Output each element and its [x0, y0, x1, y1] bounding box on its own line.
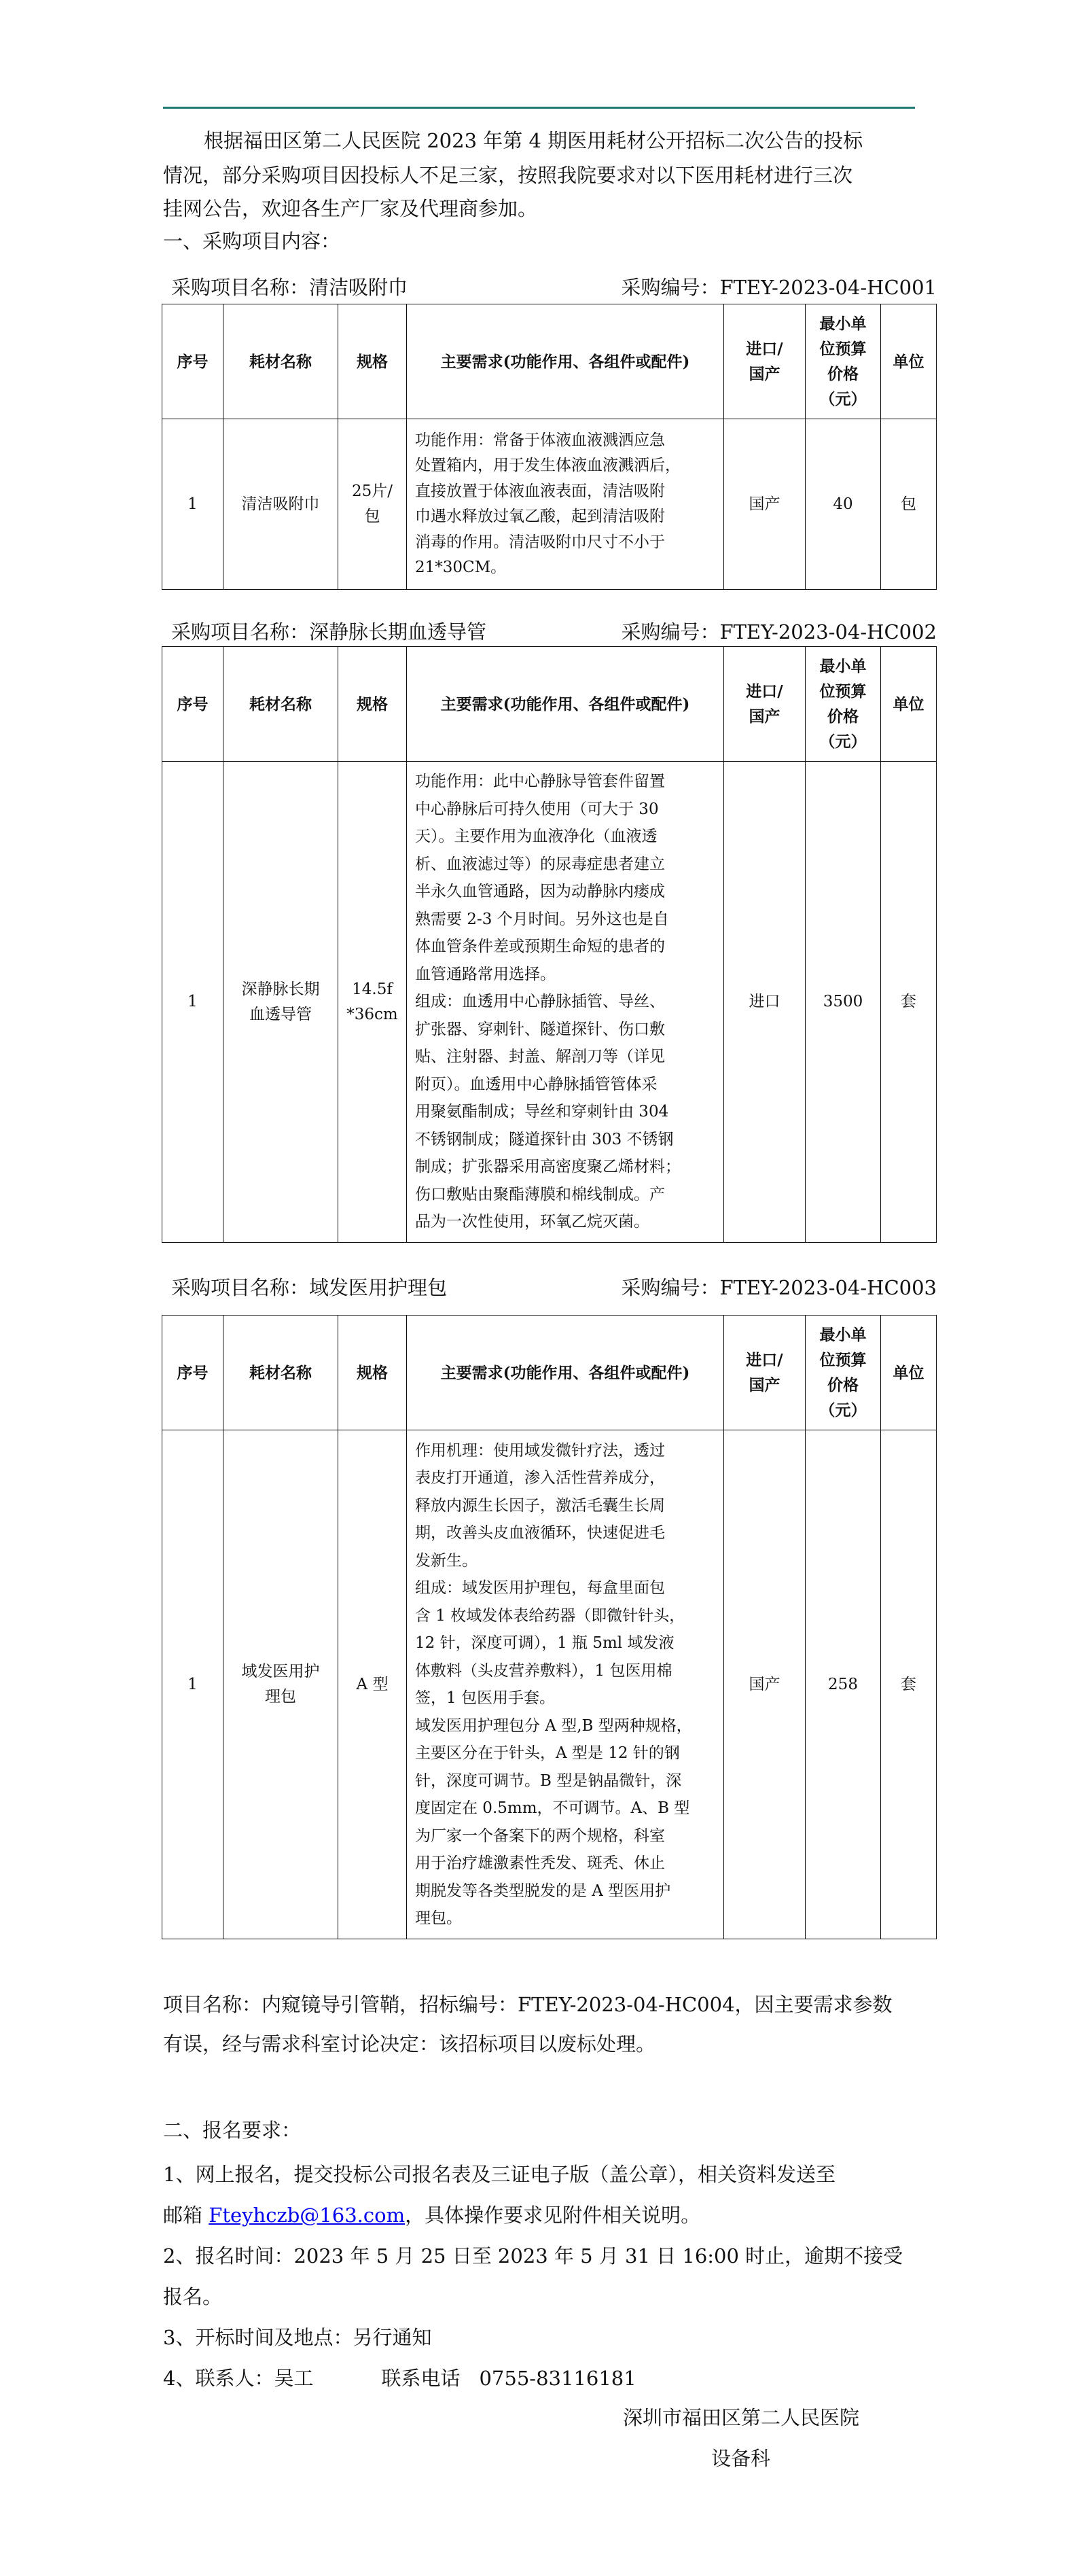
cell-spec: A 型: [338, 1430, 407, 1939]
intro-line-2: 情况，部分采购项目因投标人不足三家，按照我院要求对以下医用耗材进行三次: [163, 163, 852, 188]
table-row: 1 深静脉长期 血透导管 14.5f *36cm 功能作用：此中心静脉导管套件留…: [162, 762, 937, 1243]
header-requirement: 主要需求(功能作用、各组件或配件): [407, 647, 724, 762]
header-seq: 序号: [162, 647, 223, 762]
signature-org: 深圳市福田区第二人民医院: [623, 2405, 859, 2430]
table-row: 1 清洁吸附巾 25片/ 包 功能作用：常备于体液血液溅洒应急 处置箱内，用于发…: [162, 419, 937, 590]
registration-item-2-line-1: 2、报名时间：2023 年 5 月 25 日至 2023 年 5 月 31 日 …: [163, 2244, 903, 2268]
header-requirement: 主要需求(功能作用、各组件或配件): [407, 1316, 724, 1430]
header-unit: 单位: [881, 647, 937, 762]
header-rule: [163, 107, 915, 109]
cell-unit: 包: [881, 419, 937, 590]
project-2-table: 序号 耗材名称 规格 主要需求(功能作用、各组件或配件) 进口/ 国产 最小单 …: [162, 646, 937, 1243]
contact-person: 4、联系人：吴工: [163, 2367, 313, 2390]
header-spec: 规格: [338, 304, 407, 419]
project-2-title: 采购项目名称：深静脉长期血透导管: [171, 620, 486, 644]
section1-heading: 一、采购项目内容：: [163, 229, 340, 253]
cell-unit: 套: [881, 1430, 937, 1939]
registration-item-1-line-1: 1、网上报名，提交投标公司报名表及三证电子版（盖公章），相关资料发送至: [163, 2162, 836, 2187]
header-name: 耗材名称: [223, 304, 338, 419]
cell-price: 3500: [806, 762, 881, 1243]
registration-item-3: 3、开标时间及地点：另行通知: [163, 2325, 431, 2350]
registration-item-4: 4、联系人：吴工联系电话0755-83116181: [163, 2366, 636, 2390]
cell-origin: 国产: [724, 419, 806, 590]
cell-price: 258: [806, 1430, 881, 1939]
header-name: 耗材名称: [223, 1316, 338, 1430]
cell-origin: 国产: [724, 1430, 806, 1939]
header-name: 耗材名称: [223, 647, 338, 762]
header-spec: 规格: [338, 647, 407, 762]
header-price: 最小单 位预算 价格 （元）: [806, 1316, 881, 1430]
cell-seq: 1: [162, 762, 223, 1243]
header-spec: 规格: [338, 1316, 407, 1430]
cell-name: 清洁吸附巾: [223, 419, 338, 590]
cancellation-line-1: 项目名称：内窥镜导引管鞘，招标编号：FTEY-2023-04-HC004，因主要…: [163, 1992, 893, 2017]
email-prefix: 邮箱: [163, 2204, 209, 2227]
cell-requirement: 作用机理：使用域发微针疗法，透过 表皮打开通道，渗入活性营养成分， 释放内源生长…: [407, 1430, 724, 1939]
cell-spec: 25片/ 包: [338, 419, 407, 590]
section2-heading: 二、报名要求：: [163, 2118, 301, 2142]
header-seq: 序号: [162, 304, 223, 419]
project-1-title: 采购项目名称：清洁吸附巾: [171, 275, 408, 300]
project-3-code: 采购编号：FTEY-2023-04-HC003: [621, 1275, 937, 1300]
cell-origin: 进口: [724, 762, 806, 1243]
header-origin: 进口/ 国产: [724, 1316, 806, 1430]
cell-requirement: 功能作用：常备于体液血液溅洒应急 处置箱内，用于发生体液血液溅洒后， 直接放置于…: [407, 419, 724, 590]
project-3-title: 采购项目名称：域发医用护理包: [171, 1275, 447, 1300]
header-seq: 序号: [162, 1316, 223, 1430]
phone-number: 0755-83116181: [479, 2367, 636, 2390]
cell-unit: 套: [881, 762, 937, 1243]
header-price: 最小单 位预算 价格 （元）: [806, 647, 881, 762]
cell-name: 域发医用护 理包: [223, 1430, 338, 1939]
signature-dept: 设备科: [711, 2446, 770, 2471]
cell-spec: 14.5f *36cm: [338, 762, 407, 1243]
document-page: 根据福田区第二人民医院 2023 年第 4 期医用耗材公开招标二次公告的投标 情…: [0, 0, 1078, 2576]
project-1-table: 序号 耗材名称 规格 主要需求(功能作用、各组件或配件) 进口/ 国产 最小单 …: [162, 304, 937, 590]
header-unit: 单位: [881, 304, 937, 419]
header-price: 最小单 位预算 价格 （元）: [806, 304, 881, 419]
email-link[interactable]: Fteyhczb@163.com: [209, 2204, 405, 2227]
cell-name: 深静脉长期 血透导管: [223, 762, 338, 1243]
table-header-row: 序号 耗材名称 规格 主要需求(功能作用、各组件或配件) 进口/ 国产 最小单 …: [162, 304, 937, 419]
project-3-table: 序号 耗材名称 规格 主要需求(功能作用、各组件或配件) 进口/ 国产 最小单 …: [162, 1315, 937, 1939]
cell-seq: 1: [162, 419, 223, 590]
cell-seq: 1: [162, 1430, 223, 1939]
table-row: 1 域发医用护 理包 A 型 作用机理：使用域发微针疗法，透过 表皮打开通道，渗…: [162, 1430, 937, 1939]
project-2-code: 采购编号：FTEY-2023-04-HC002: [621, 620, 937, 644]
intro-line-3: 挂网公告，欢迎各生产厂家及代理商参加。: [163, 196, 537, 221]
registration-item-1-line-2: 邮箱 Fteyhczb@163.com，具体操作要求见附件相关说明。: [163, 2203, 700, 2227]
email-suffix: ，具体操作要求见附件相关说明。: [405, 2204, 700, 2227]
table-header-row: 序号 耗材名称 规格 主要需求(功能作用、各组件或配件) 进口/ 国产 最小单 …: [162, 647, 937, 762]
project-1-code: 采购编号：FTEY-2023-04-HC001: [621, 275, 937, 300]
table-header-row: 序号 耗材名称 规格 主要需求(功能作用、各组件或配件) 进口/ 国产 最小单 …: [162, 1316, 937, 1430]
cancellation-line-2: 有误，经与需求科室讨论决定：该招标项目以废标处理。: [163, 2032, 655, 2056]
intro-line-1: 根据福田区第二人民医院 2023 年第 4 期医用耗材公开招标二次公告的投标: [204, 128, 863, 153]
cell-requirement: 功能作用：此中心静脉导管套件留置 中心静脉后可持久使用（可大于 30 天）。主要…: [407, 762, 724, 1243]
header-requirement: 主要需求(功能作用、各组件或配件): [407, 304, 724, 419]
header-origin: 进口/ 国产: [724, 304, 806, 419]
cell-price: 40: [806, 419, 881, 590]
phone-label: 联系电话: [381, 2367, 460, 2390]
registration-item-2-line-2: 报名。: [163, 2284, 222, 2309]
header-origin: 进口/ 国产: [724, 647, 806, 762]
header-unit: 单位: [881, 1316, 937, 1430]
